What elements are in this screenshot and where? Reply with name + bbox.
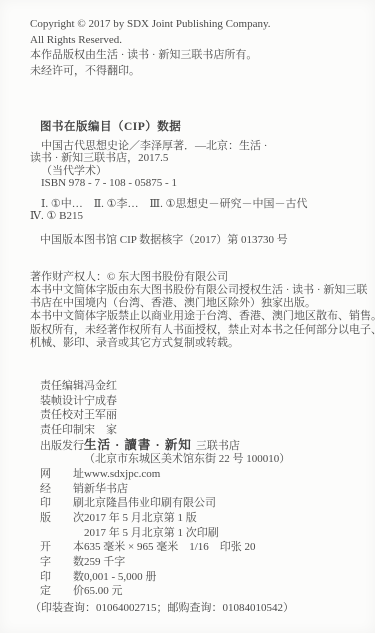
cip-classification-block: Ⅰ. ①中… Ⅱ. ①李… Ⅲ. ①思想史－研究－中国－古代 Ⅳ. ① B215 bbox=[30, 198, 308, 223]
colophon-value: 259 千字 bbox=[84, 555, 125, 570]
cip-isbn-line: ISBN 978 - 7 - 108 - 05875 - 1 bbox=[30, 177, 267, 189]
rights-line: 本书中文简体字版由东大图书股份有限公司授权生活 · 读书 · 新知三联 bbox=[30, 284, 375, 297]
colophon-label: 印 数 bbox=[40, 570, 84, 585]
publisher-website: www.sdxjpc.com bbox=[84, 467, 160, 482]
colophon-label: 版 次 bbox=[40, 511, 84, 526]
colophon-row-proofreader: 责任校对 王军丽 bbox=[40, 408, 290, 423]
cip-record-block: 中国古代思想史论／李泽厚著．—北京：生活 · 读书 · 新知三联书店，2017.… bbox=[30, 140, 267, 189]
colophon-label: 责任编辑 bbox=[40, 379, 84, 394]
rights-line: 版权所有，未经著作权所有人书面授权，禁止对本书之任何部分以电子、 bbox=[30, 324, 375, 337]
colophon-label: 印 刷 bbox=[40, 496, 84, 511]
colophon-row-price: 定 价 65.00 元 bbox=[40, 584, 290, 599]
cip-header: 图书在版编目（CIP）数据 bbox=[40, 118, 181, 134]
colophon-row-publisher: 出版发行 生活 · 讀書 · 新知三联书店 bbox=[40, 438, 290, 453]
colophon-table: 责任编辑 冯金红 装帧设计 宁成春 责任校对 王军丽 责任印制 宋 家 出版发行… bbox=[40, 379, 290, 599]
cip-record-line: 中国古代思想史论／李泽厚著．—北京：生活 · bbox=[30, 140, 267, 152]
colophon-value: 王军丽 bbox=[84, 408, 117, 423]
colophon-row-printer: 印 刷 北京隆昌伟业印刷有限公司 bbox=[40, 496, 290, 511]
publisher-suffix: 三联书店 bbox=[196, 440, 240, 452]
colophon-row-designer: 装帧设计 宁成春 bbox=[40, 394, 290, 409]
colophon-row-edition: 版 次 2017 年 5 月北京第 1 版 bbox=[40, 511, 290, 526]
colophon-row-format: 开 本 635 毫米 × 965 毫米 1/16 印张 20 bbox=[40, 540, 290, 555]
copyright-line: All Rights Reserved. bbox=[30, 33, 271, 49]
colophon-value: 宁成春 bbox=[84, 394, 117, 409]
colophon-value: 635 毫米 × 965 毫米 1/16 印张 20 bbox=[84, 540, 256, 555]
colophon-label: 开 本 bbox=[40, 540, 84, 555]
sdx-publisher-logo: 生活 · 讀書 · 新知 bbox=[84, 438, 192, 452]
colophon-row-print-run: 印 数 0,001 - 5,000 册 bbox=[40, 570, 290, 585]
colophon-value: 65.00 元 bbox=[84, 584, 123, 599]
rights-block: 著作财产权人：© 东大图书股份有限公司 本书中文简体字版由东大图书股份有限公司授… bbox=[30, 271, 375, 350]
rights-line: 书店在中国境内（台湾、香港、澳门地区除外）独家出版。 bbox=[30, 297, 375, 310]
colophon-value: 2017 年 5 月北京第 1 次印刷 bbox=[84, 526, 219, 541]
colophon-value: 0,001 - 5,000 册 bbox=[84, 570, 156, 585]
colophon-value: 2017 年 5 月北京第 1 版 bbox=[84, 511, 197, 526]
copyright-block: Copyright © 2017 by SDX Joint Publishing… bbox=[30, 17, 271, 79]
colophon-row-website: 网 址 www.sdxjpc.com bbox=[40, 467, 290, 482]
colophon-label: 责任印制 bbox=[40, 423, 84, 438]
colophon-label: 出版发行 bbox=[40, 439, 84, 454]
colophon-label: 定 价 bbox=[40, 584, 84, 599]
rights-line: 著作财产权人：© 东大图书股份有限公司 bbox=[30, 271, 375, 284]
inquiry-phone-line: （印装查询：01064002715；邮购查询：01084010542） bbox=[30, 599, 294, 615]
colophon-value: 生活 · 讀書 · 新知三联书店 bbox=[84, 438, 240, 454]
colophon-row-print-supervisor: 责任印制 宋 家 bbox=[40, 423, 290, 438]
rights-line: 机械、影印、录音或其它方式复制或转载。 bbox=[30, 337, 375, 350]
colophon-value: 新华书店 bbox=[84, 482, 128, 497]
colophon-row-distributor: 经 销 新华书店 bbox=[40, 482, 290, 497]
cip-registry-line: 中国版本图书馆 CIP 数据核字（2017）第 013730 号 bbox=[40, 231, 288, 247]
colophon-label: 装帧设计 bbox=[40, 394, 84, 409]
copyright-line: Copyright © 2017 by SDX Joint Publishing… bbox=[30, 17, 271, 33]
book-copyright-page: Copyright © 2017 by SDX Joint Publishing… bbox=[0, 0, 375, 633]
colophon-row-word-count: 字 数 259 千字 bbox=[40, 555, 290, 570]
colophon-row-printing: 2017 年 5 月北京第 1 次印刷 bbox=[40, 526, 290, 541]
colophon-row-address: （北京市东城区美术馆东街 22 号 100010） bbox=[40, 452, 290, 467]
colophon-label: 网 址 bbox=[40, 467, 84, 482]
cip-record-line: （当代学术） bbox=[30, 165, 267, 177]
colophon-label: 责任校对 bbox=[40, 408, 84, 423]
copyright-line: 本作品版权由生活 · 读书 · 新知三联书店所有。 bbox=[30, 48, 271, 64]
cip-classification-line: Ⅰ. ①中… Ⅱ. ①李… Ⅲ. ①思想史－研究－中国－古代 bbox=[30, 198, 308, 210]
colophon-row-editor: 责任编辑 冯金红 bbox=[40, 379, 290, 394]
rights-line: 本书中文简体字版禁止以商业用途于台湾、香港、澳门地区散布、销售。 bbox=[30, 310, 375, 323]
copyright-line: 未经许可，不得翻印。 bbox=[30, 64, 271, 80]
colophon-value: 冯金红 bbox=[84, 379, 117, 394]
colophon-value: 宋 家 bbox=[84, 423, 117, 438]
cip-record-line: 读书 · 新知三联书店，2017.5 bbox=[30, 152, 267, 164]
publisher-address: （北京市东城区美术馆东街 22 号 100010） bbox=[84, 452, 290, 467]
colophon-label: 字 数 bbox=[40, 555, 84, 570]
cip-classification-line: Ⅳ. ① B215 bbox=[30, 210, 308, 222]
colophon-label: 经 销 bbox=[40, 482, 84, 497]
colophon-value: 北京隆昌伟业印刷有限公司 bbox=[84, 496, 216, 511]
